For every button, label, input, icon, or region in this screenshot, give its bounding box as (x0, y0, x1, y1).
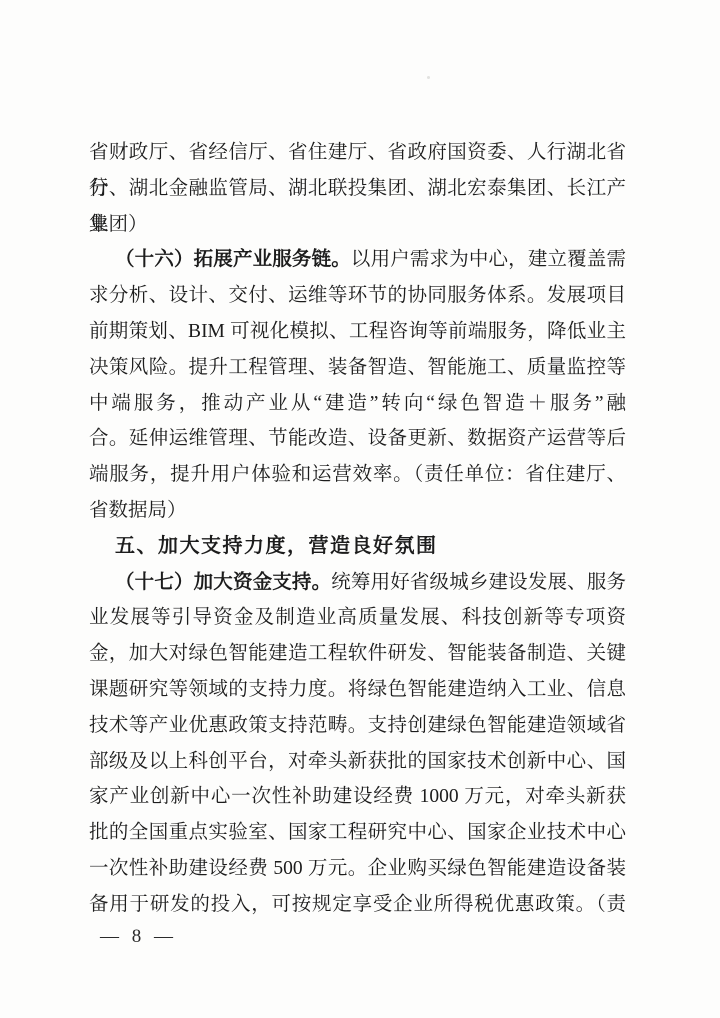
section-heading: 五、加大支持力度，营造良好氛围 (89, 529, 626, 565)
text-segment: 一次性补助建设经费 500 万元。企业购买绿色智能建造设备装 (89, 858, 626, 879)
text-line: 前期策划、BIM 可视化模拟、工程咨询等前端服务，降低业主 (89, 314, 626, 350)
document-body: 省财政厅、省经信厅、省住建厅、省政府国资委、人行湖北省分行、湖北金融监管局、湖北… (89, 135, 626, 923)
page-number: — 8 — (100, 925, 177, 949)
text-segment: 前期策划、BIM 可视化模拟、工程咨询等前端服务，降低业主 (89, 321, 626, 342)
document-page: 省财政厅、省经信厅、省住建厅、省政府国资委、人行湖北省分行、湖北金融监管局、湖北… (0, 0, 720, 1018)
text-line: （十六）拓展产业服务链。以用户需求为中心，建立覆盖需 (89, 242, 626, 278)
scan-speck (427, 76, 430, 79)
text-segment: 求分析、设计、交付、运维等环节的协同服务体系。发展项目 (89, 285, 626, 306)
text-line: 家产业创新中心一次性补助建设经费 1000 万元，对牵头新获 (89, 779, 626, 815)
text-line: 集团） (89, 207, 626, 243)
bold-text-segment: （十七）加大资金支持。 (115, 572, 331, 593)
text-segment: 端服务，提升用户体验和运营效率。（责任单位：省住建厅、 (89, 464, 626, 485)
text-segment: 课题研究等领域的支持力度。将绿色智能建造纳入工业、信息 (89, 679, 626, 700)
text-line: 技术等产业优惠政策支持范畴。支持创建绿色智能建造领域省 (89, 708, 626, 744)
text-line: 部级及以上科创平台，对牵头新获批的国家技术创新中心、国 (89, 744, 626, 780)
text-segment: 技术等产业优惠政策支持范畴。支持创建绿色智能建造领域省 (89, 715, 626, 736)
bold-text-segment: （十六）拓展产业服务链。 (115, 249, 351, 270)
text-line: 业发展等引导资金及制造业高质量发展、科技创新等专项资 (89, 600, 626, 636)
text-segment: 批的全国重点实验室、国家工程研究中心、国家企业技术中心 (89, 822, 626, 843)
text-line: 金，加大对绿色智能建造工程软件研发、智能装备制造、关键 (89, 636, 626, 672)
text-line: 课题研究等领域的支持力度。将绿色智能建造纳入工业、信息 (89, 672, 626, 708)
text-line: 一次性补助建设经费 500 万元。企业购买绿色智能建造设备装 (89, 851, 626, 887)
text-segment: 以用户需求为中心，建立覆盖需 (351, 249, 626, 270)
text-line: 省财政厅、省经信厅、省住建厅、省政府国资委、人行湖北省分 (89, 135, 626, 171)
text-line: 端服务，提升用户体验和运营效率。（责任单位：省住建厅、 (89, 457, 626, 493)
text-segment: 省数据局） (89, 500, 187, 521)
text-line: 求分析、设计、交付、运维等环节的协同服务体系。发展项目 (89, 278, 626, 314)
text-segment: 决策风险。提升工程管理、装备智造、智能施工、质量监控等 (89, 357, 626, 378)
text-line: 备用于研发的投入，可按规定享受企业所得税优惠政策。（责 (89, 887, 626, 923)
text-segment: 合。延伸运维管理、节能改造、设备更新、数据资产运营等后 (89, 428, 626, 449)
text-segment: 集团） (89, 214, 148, 235)
text-line: 决策风险。提升工程管理、装备智造、智能施工、质量监控等 (89, 350, 626, 386)
text-segment: 家产业创新中心一次性补助建设经费 1000 万元，对牵头新获 (89, 786, 626, 807)
text-line: 合。延伸运维管理、节能改造、设备更新、数据资产运营等后 (89, 421, 626, 457)
text-line: 中端服务，推动产业从“建造”转向“绿色智造＋服务”融 (89, 386, 626, 422)
bold-text-segment: 五、加大支持力度，营造良好氛围 (115, 535, 438, 557)
text-segment: 业发展等引导资金及制造业高质量发展、科技创新等专项资 (89, 607, 626, 628)
text-segment: 备用于研发的投入，可按规定享受企业所得税优惠政策。（责 (89, 894, 626, 915)
text-segment: 中端服务，推动产业从“建造”转向“绿色智造＋服务”融 (89, 393, 626, 414)
text-line: （十七）加大资金支持。统筹用好省级城乡建设发展、服务 (89, 565, 626, 601)
text-segment: 部级及以上科创平台，对牵头新获批的国家技术创新中心、国 (89, 751, 626, 772)
text-line: 行、湖北金融监管局、湖北联投集团、湖北宏泰集团、长江产业 (89, 171, 626, 207)
text-line: 批的全国重点实验室、国家工程研究中心、国家企业技术中心 (89, 815, 626, 851)
text-segment: 金，加大对绿色智能建造工程软件研发、智能装备制造、关键 (89, 643, 626, 664)
text-line: 省数据局） (89, 493, 626, 529)
text-segment: 统筹用好省级城乡建设发展、服务 (331, 572, 626, 593)
